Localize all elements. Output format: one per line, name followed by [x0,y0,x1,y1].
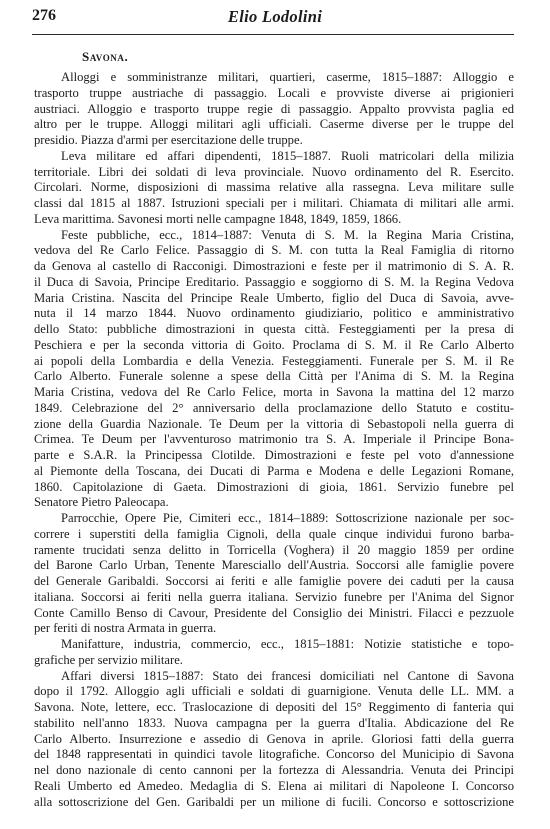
text-line: correre i superstiti della famiglia Cign… [34,527,514,543]
text-line: Manifatture, industria, commercio, ecc.,… [34,637,514,653]
text-line: Parrocchie, Opere Pie, Cimiteri ecc., 18… [34,511,514,527]
section-heading: Savona. [82,49,128,65]
text-line: dopo il 1792. Alloggio agli ufficiali e … [34,684,514,700]
text-line: del Generale Garibaldi. Soccorsi ai feri… [34,574,514,590]
text-line: al Piemonte della Toscana, dei Ducati di… [34,464,514,480]
text-line: per feriti di nostra Armata in guerra. [34,621,514,637]
text-line: grafiche per servizio militare. [34,653,514,669]
text-line: il Duca di Savoia, Principe Ereditario. … [34,275,514,291]
text-line: ai popoli della Lombardia e della Venezi… [34,354,514,370]
text-line: nel dono nazionale di cento cannoni per … [34,763,514,779]
text-line: 1860. Capitolazione di Gaeta. Dimostrazi… [34,480,514,496]
text-line: Savona. Note, lettere, ecc. Traslocazion… [34,700,514,716]
text-line: Leva marittima. Savonesi morti nelle cam… [34,212,514,228]
paragraph-leva-militare: Leva militare ed affari dipendenti, 1815… [34,149,514,228]
text-line: Alloggi e somministranze militari, quart… [34,70,514,86]
paragraph-parrocchie: Parrocchie, Opere Pie, Cimiteri ecc., 18… [34,511,514,637]
text-line: ramente trucidati senza delitto in Torri… [34,543,514,559]
text-line: zione della Guardia Nazionale. Te Deum p… [34,417,514,433]
text-line: trasporto truppe austriache di passaggio… [34,86,514,102]
paragraph-alloggi: Alloggi e somministranze militari, quart… [34,70,514,149]
text-line: alla sottoscrizione del Gen. Garibaldi p… [34,795,514,811]
text-line: Reali Umberto ed Amedeo. Medaglia di S. … [34,779,514,795]
text-line: dello Stato: pubbliche dimostrazioni in … [34,322,514,338]
paragraph-feste-pubbliche: Feste pubbliche, ecc., 1814–1887: Venuta… [34,228,514,512]
text-line: 1849. Celebrazione del 2° anniversario d… [34,401,514,417]
text-line: Affari diversi 1815–1887: Stato dei fran… [34,669,514,685]
text-line: presidio. Piazza d'armi per esercitazion… [34,133,514,149]
text-line: Crimea. Te Deum per l'avventuroso matrim… [34,432,514,448]
text-line: Feste pubbliche, ecc., 1814–1887: Venuta… [34,228,514,244]
text-line: Leva militare ed affari dipendenti, 1815… [34,149,514,165]
text-line: Conte Camillo Benso di Cavour, President… [34,606,514,622]
paragraph-affari-diversi: Affari diversi 1815–1887: Stato dei fran… [34,669,514,811]
running-title: Elio Lodolini [0,7,550,27]
text-line: Maria Cristina. Nascita del Principe Rea… [34,291,514,307]
text-line: altro per le truppe. Alloggi militari ag… [34,117,514,133]
text-line: Circolari. Norme, disposizioni di massim… [34,180,514,196]
text-line: classi dal 1815 al 1887. Istruzioni spec… [34,196,514,212]
text-line: Senatore Pietro Paleocapa. [34,495,514,511]
text-line: da Genova al castello di Racconigi. Dimo… [34,259,514,275]
text-line: parte e S.A.R. la Principessa Clotilde. … [34,448,514,464]
header-rule [32,34,514,35]
text-line: vedova del Re Carlo Felice. Passaggio di… [34,243,514,259]
text-line: Carlo Alberto. Insurrezione e assedio di… [34,732,514,748]
text-line: Peschiera e per la seconda vittoria di G… [34,338,514,354]
text-line: Carlo Alberto. Funerale solenne a spese … [34,369,514,385]
text-line: stabilito nell'anno 1833. Nuova campagna… [34,716,514,732]
text-line: nuta il 14 marzo 1844. Nuovo ordinamento… [34,306,514,322]
text-line: del Barone Carlo Urban, Tenente Marescia… [34,558,514,574]
text-line: territoriale. Libri dei soldati di leva … [34,165,514,181]
paragraph-manifatture: Manifatture, industria, commercio, ecc.,… [34,637,514,669]
text-line: del 1848 rappresentati in quindici tavol… [34,747,514,763]
text-line: austriaci. Alloggio e trasporto truppe r… [34,102,514,118]
text-line: italiana. Soccorsi ai feriti nella guerr… [34,590,514,606]
body-text: Alloggi e somministranze militari, quart… [34,70,514,810]
text-line: Maria Cristina, vedova del Re Carlo Feli… [34,385,514,401]
